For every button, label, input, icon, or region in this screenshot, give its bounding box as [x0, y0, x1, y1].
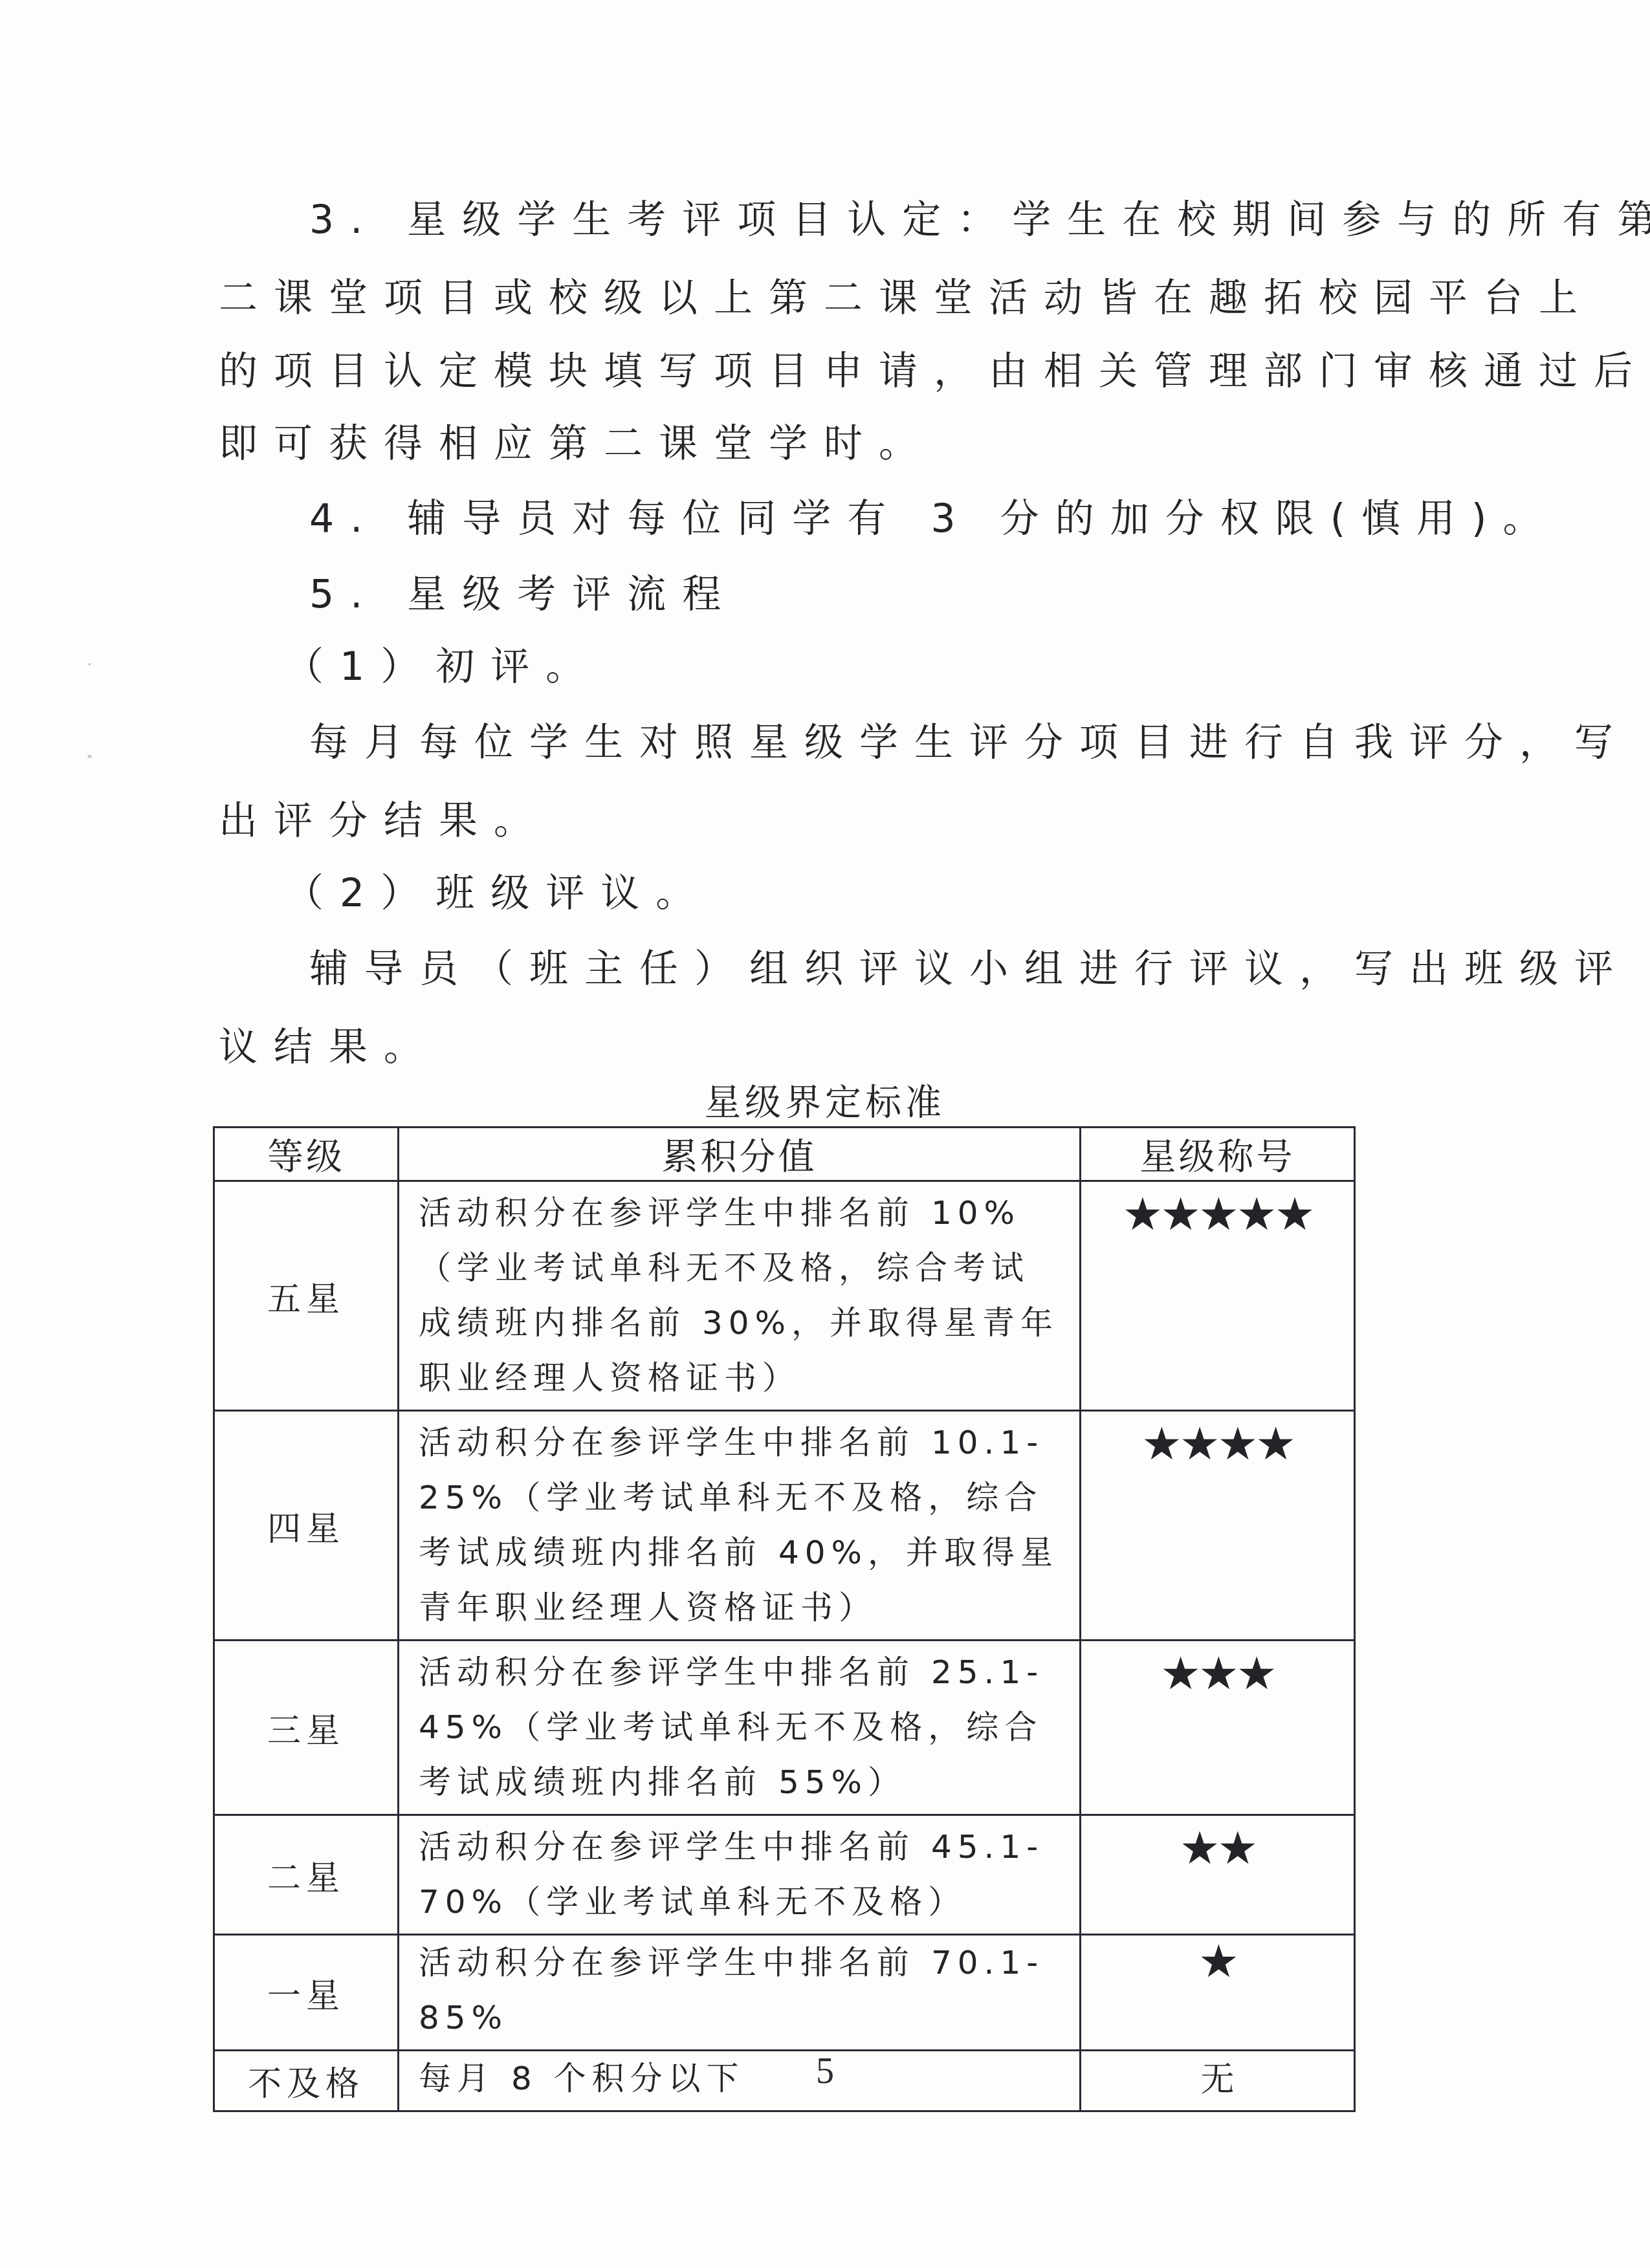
criteria-cell: 活动积分在参评学生中排名前 70.1-85% [399, 1935, 1081, 2051]
level-cell: 二星 [214, 1815, 399, 1935]
table-row: 四星 活动积分在参评学生中排名前 10.1-25%（学业考试单科无不及格，综合考… [214, 1411, 1355, 1641]
text-line: 的项目认定模块填写项目申请，由相关管理部门审核通过后 [219, 345, 1649, 397]
table-row: 二星 活动积分在参评学生中排名前 45.1-70%（学业考试单科无不及格） ★★ [214, 1815, 1355, 1935]
text-line: 即可获得相应第二课堂学时。 [219, 418, 934, 470]
level-cell: 三星 [214, 1641, 399, 1815]
criteria-cell: 活动积分在参评学生中排名前 10.1-25%（学业考试单科无不及格，综合考试成绩… [399, 1411, 1081, 1641]
criteria-cell: 活动积分在参评学生中排名前 10%（学业考试单科无不及格，综合考试成绩班内排名前… [399, 1181, 1081, 1411]
criteria-cell: 活动积分在参评学生中排名前 45.1-70%（学业考试单科无不及格） [399, 1815, 1081, 1935]
column-header-star-title: 星级称号 [1081, 1128, 1355, 1181]
scan-artifact: ˄ [86, 754, 93, 770]
table-header-row: 等级 累积分值 星级称号 [214, 1128, 1355, 1181]
star-grade-table: 等级 累积分值 星级称号 五星 活动积分在参评学生中排名前 10%（学业考试单科… [213, 1126, 1356, 2112]
subheading: （2）班级评议。 [285, 867, 710, 919]
table-row: 三星 活动积分在参评学生中排名前 25.1-45%（学业考试单科无不及格，综合考… [214, 1641, 1355, 1815]
page-number: 5 [0, 2051, 1650, 2092]
text-line: 出评分结果。 [219, 795, 549, 847]
text-line: 每月每位学生对照星级学生评分项目进行自我评分，写 [309, 717, 1629, 769]
table-row: 五星 活动积分在参评学生中排名前 10%（学业考试单科无不及格，综合考试成绩班内… [214, 1181, 1355, 1411]
level-cell: 五星 [214, 1181, 399, 1411]
subheading: （1）初评。 [285, 641, 600, 693]
star-icon: ★ [1081, 1935, 1355, 2051]
scan-artifact: · [87, 657, 92, 673]
column-header-criteria: 累积分值 [399, 1128, 1081, 1181]
table-row: 一星 活动积分在参评学生中排名前 70.1-85% ★ [214, 1935, 1355, 2051]
text-line: 辅导员（班主任）组织评议小组进行评议，写出班级评 [309, 943, 1629, 995]
text-line: 4. 辅导员对每位同学有 3 分的加分权限(慎用)。 [309, 493, 1557, 545]
level-cell: 四星 [214, 1411, 399, 1641]
column-header-level: 等级 [214, 1128, 399, 1181]
text-line: 二课堂项目或校级以上第二课堂活动皆在趣拓校园平台上 [219, 272, 1594, 324]
section-heading: 5. 星级考评流程 [309, 569, 737, 620]
text-line: 议结果。 [219, 1021, 439, 1073]
criteria-cell: 活动积分在参评学生中排名前 25.1-45%（学业考试单科无不及格，综合考试成绩… [399, 1641, 1081, 1815]
level-cell: 一星 [214, 1935, 399, 2051]
table-title: 星级界定标准 [0, 1074, 1650, 1126]
star-icon: ★★★★★ [1081, 1181, 1355, 1411]
star-icon: ★★★★ [1081, 1411, 1355, 1641]
star-icon: ★★ [1081, 1815, 1355, 1935]
star-icon: ★★★ [1081, 1641, 1355, 1815]
text-line: 3. 星级学生考评项目认定：学生在校期间参与的所有第 [309, 194, 1650, 246]
